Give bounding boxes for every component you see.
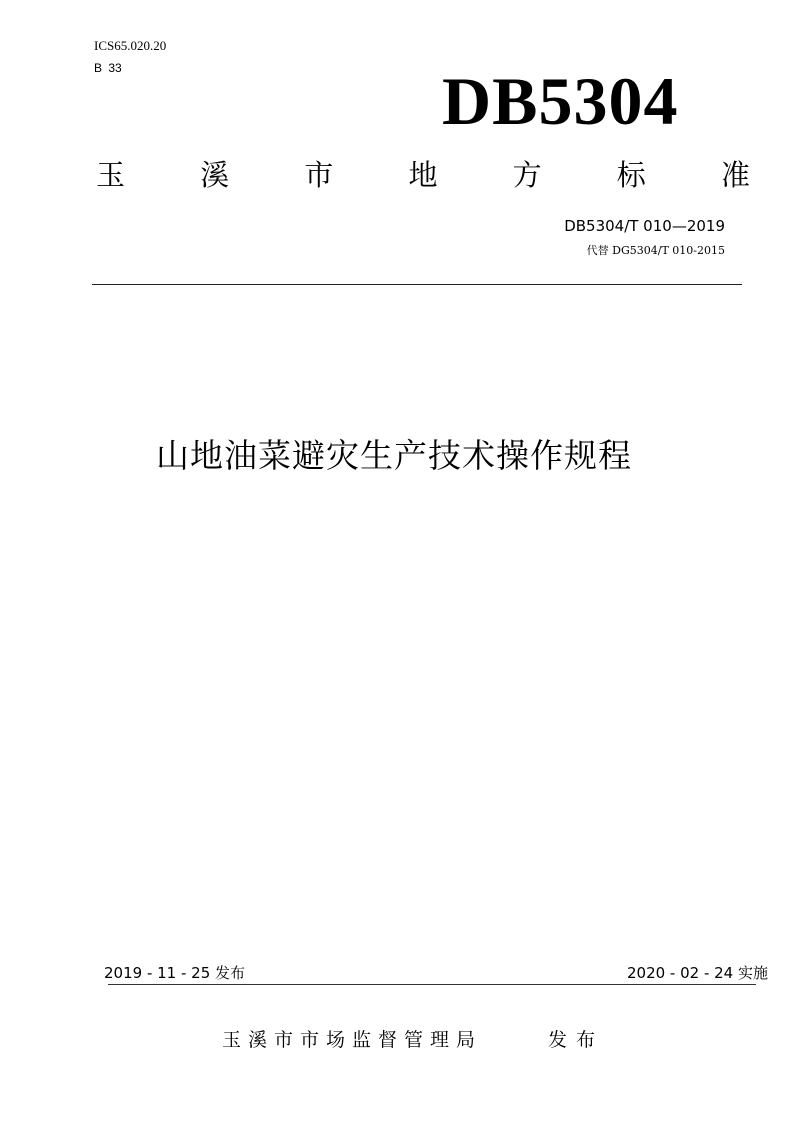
header-divider <box>92 284 742 285</box>
standard-type-char: 标 <box>617 158 646 192</box>
replaces-note: 代替 DG5304/T 010-2015 <box>587 244 725 258</box>
ccs-code: B 33 <box>94 60 122 76</box>
publisher: 玉溪市市场监督管理局 <box>222 1028 482 1052</box>
document-title: 山地油菜避灾生产技术操作规程 <box>156 434 632 478</box>
ics-code: ICS65.020.20 <box>94 38 166 54</box>
publish-label: 发布 <box>548 1028 604 1052</box>
standard-code: DB5304 <box>442 66 678 136</box>
standard-type-char: 玉 <box>96 158 125 192</box>
footer-divider <box>108 984 756 985</box>
standard-type-char: 地 <box>408 158 437 192</box>
standard-type-char: 市 <box>304 158 333 192</box>
standard-type-char: 溪 <box>200 158 229 192</box>
implementation-date: 2020 - 02 - 24 实施 <box>627 963 768 983</box>
standard-type-char: 准 <box>721 158 750 192</box>
standard-number: DB5304/T 010—2019 <box>564 217 725 235</box>
issue-date: 2019 - 11 - 25 发布 <box>104 963 245 983</box>
standard-type-heading: 玉 溪 市 地 方 标 准 <box>96 158 750 192</box>
standard-type-char: 方 <box>513 158 542 192</box>
